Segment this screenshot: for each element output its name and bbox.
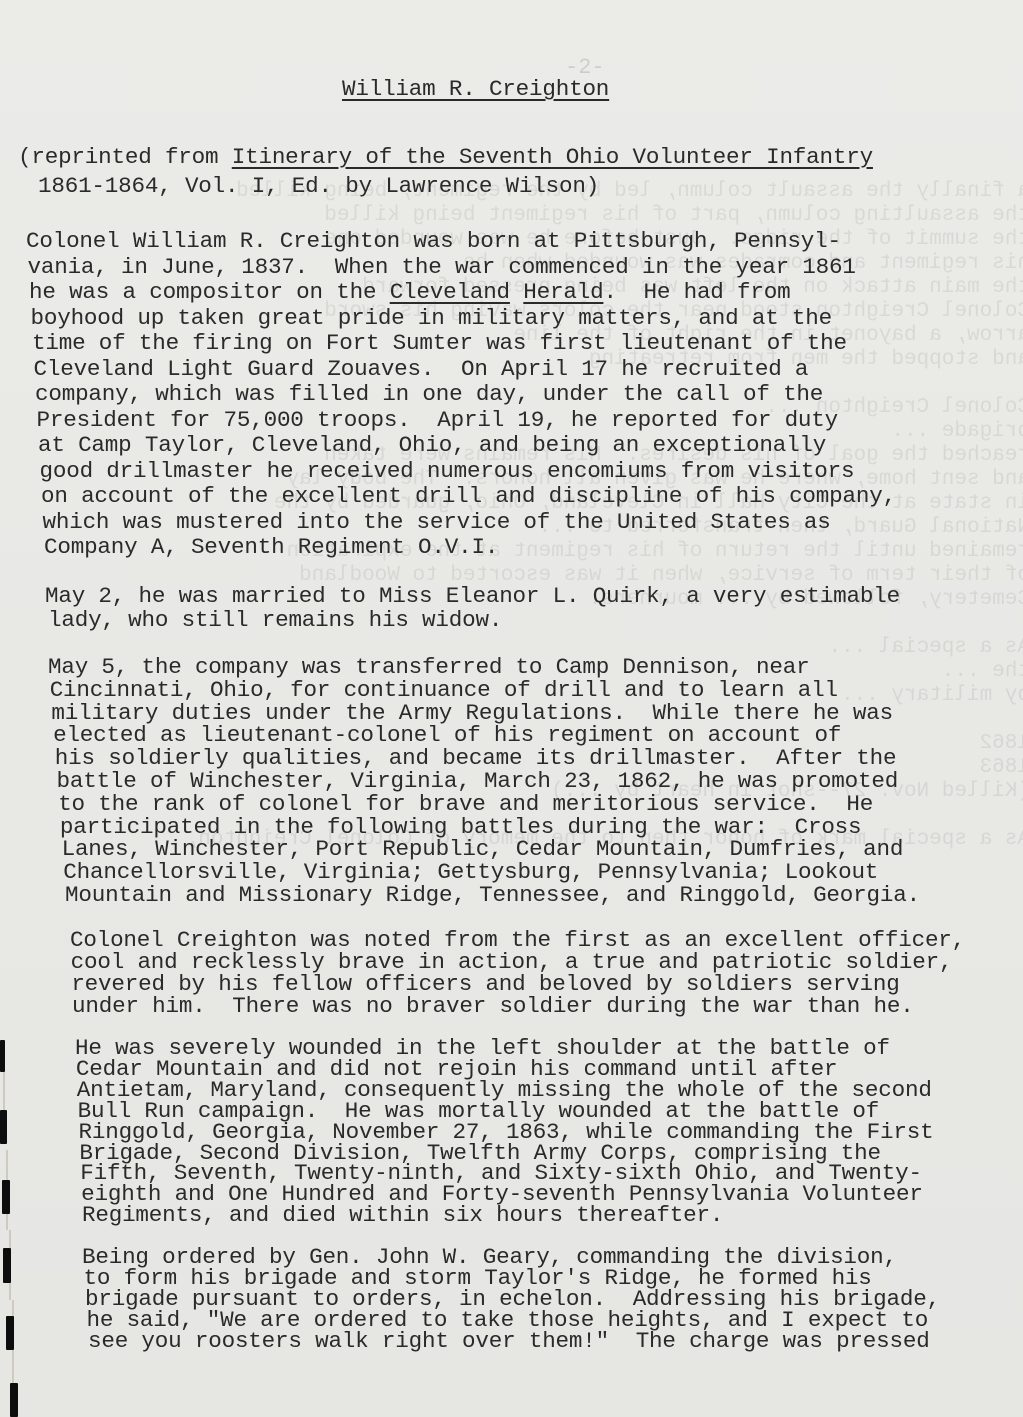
paragraph-3-line: participated in the following battles du… xyxy=(60,816,862,839)
source-prefix: (reprinted from xyxy=(18,144,232,170)
document-title: William R. Creighton xyxy=(342,78,609,101)
binding-ring xyxy=(0,1040,5,1072)
underlined-text: Herald xyxy=(523,279,603,305)
binding-ring xyxy=(6,1316,14,1350)
paragraph-1-line: Company A, Seventh Regiment O.V.I. xyxy=(44,536,498,559)
binding-ring xyxy=(10,1383,18,1417)
paragraph-1-line: boyhood up taken great pride in military… xyxy=(31,307,833,330)
paragraph-1-line: he was a compositor on the Cleveland Her… xyxy=(29,281,790,304)
binding-ring xyxy=(2,1180,10,1214)
binding-ring xyxy=(0,1110,7,1144)
paragraph-3-line: military duties under the Army Regulatio… xyxy=(51,702,893,725)
paragraph-5-line: Regiments, and died within six hours the… xyxy=(82,1204,723,1227)
paragraph-6-line: see you roosters walk right over them!" … xyxy=(88,1330,930,1353)
paragraph-1-line: Cleveland Light Guard Zouaves. On April … xyxy=(34,358,809,381)
paragraph-2-line: May 2, he was married to Miss Eleanor L.… xyxy=(45,585,900,608)
paragraph-3-line: Chancellorsville, Virginia; Gettysburg, … xyxy=(63,861,878,884)
paragraph-3-line: Cincinnati, Ohio, for continuance of dri… xyxy=(50,679,838,702)
paragraph-1-line: on account of the excellent drill and di… xyxy=(41,485,896,508)
paragraph-1-line: President for 75,000 troops. April 19, h… xyxy=(37,409,839,432)
underlined-text: Cleveland xyxy=(390,279,510,305)
paragraph-3-line: May 5, the company was transferred to Ca… xyxy=(48,656,809,679)
paragraph-3-line: elected as lieutenant-colonel of his reg… xyxy=(53,724,841,747)
paragraph-3-line: Lanes, Winchester, Port Republic, Cedar … xyxy=(62,838,904,861)
source-citation-line-2: 1861-1864, Vol. I, Ed. by Lawrence Wilso… xyxy=(38,175,599,198)
paragraph-3-line: to the rank of colonel for brave and mer… xyxy=(58,793,873,816)
paragraph-1-line: Colonel William R. Creighton was born at… xyxy=(26,230,841,253)
paragraph-3-line: Mountain and Missionary Ridge, Tennessee… xyxy=(65,884,920,907)
source-citation-line-1: (reprinted from Itinerary of the Seventh… xyxy=(18,146,873,169)
paragraph-1-line: vania, in June, 1837. When the war comme… xyxy=(28,256,856,279)
scanned-page: a finally the assault column, led by the… xyxy=(0,0,1023,1417)
paragraph-3-line: battle of Winchester, Virginia, March 23… xyxy=(57,770,899,793)
paragraph-4-line: under him. There was no braver soldier d… xyxy=(72,995,914,1018)
paragraph-2-line: lady, who still remains his widow. xyxy=(48,609,502,632)
paragraph-3-line: his soldierly qualities, and became its … xyxy=(55,747,897,770)
paragraph-1-line: which was mustered into the service of t… xyxy=(43,511,831,534)
paragraph-1-line: time of the firing on Fort Sumter was fi… xyxy=(32,332,847,355)
binding-ring xyxy=(3,1248,11,1283)
paragraph-1-line: at Camp Taylor, Cleveland, Ohio, and bei… xyxy=(38,434,826,457)
paragraph-1-line: company, which was filled in one day, un… xyxy=(35,383,823,406)
paragraph-1-line: good drillmaster he received numerous en… xyxy=(40,460,855,483)
source-book-title: Itinerary of the Seventh Ohio Volunteer … xyxy=(232,144,873,170)
